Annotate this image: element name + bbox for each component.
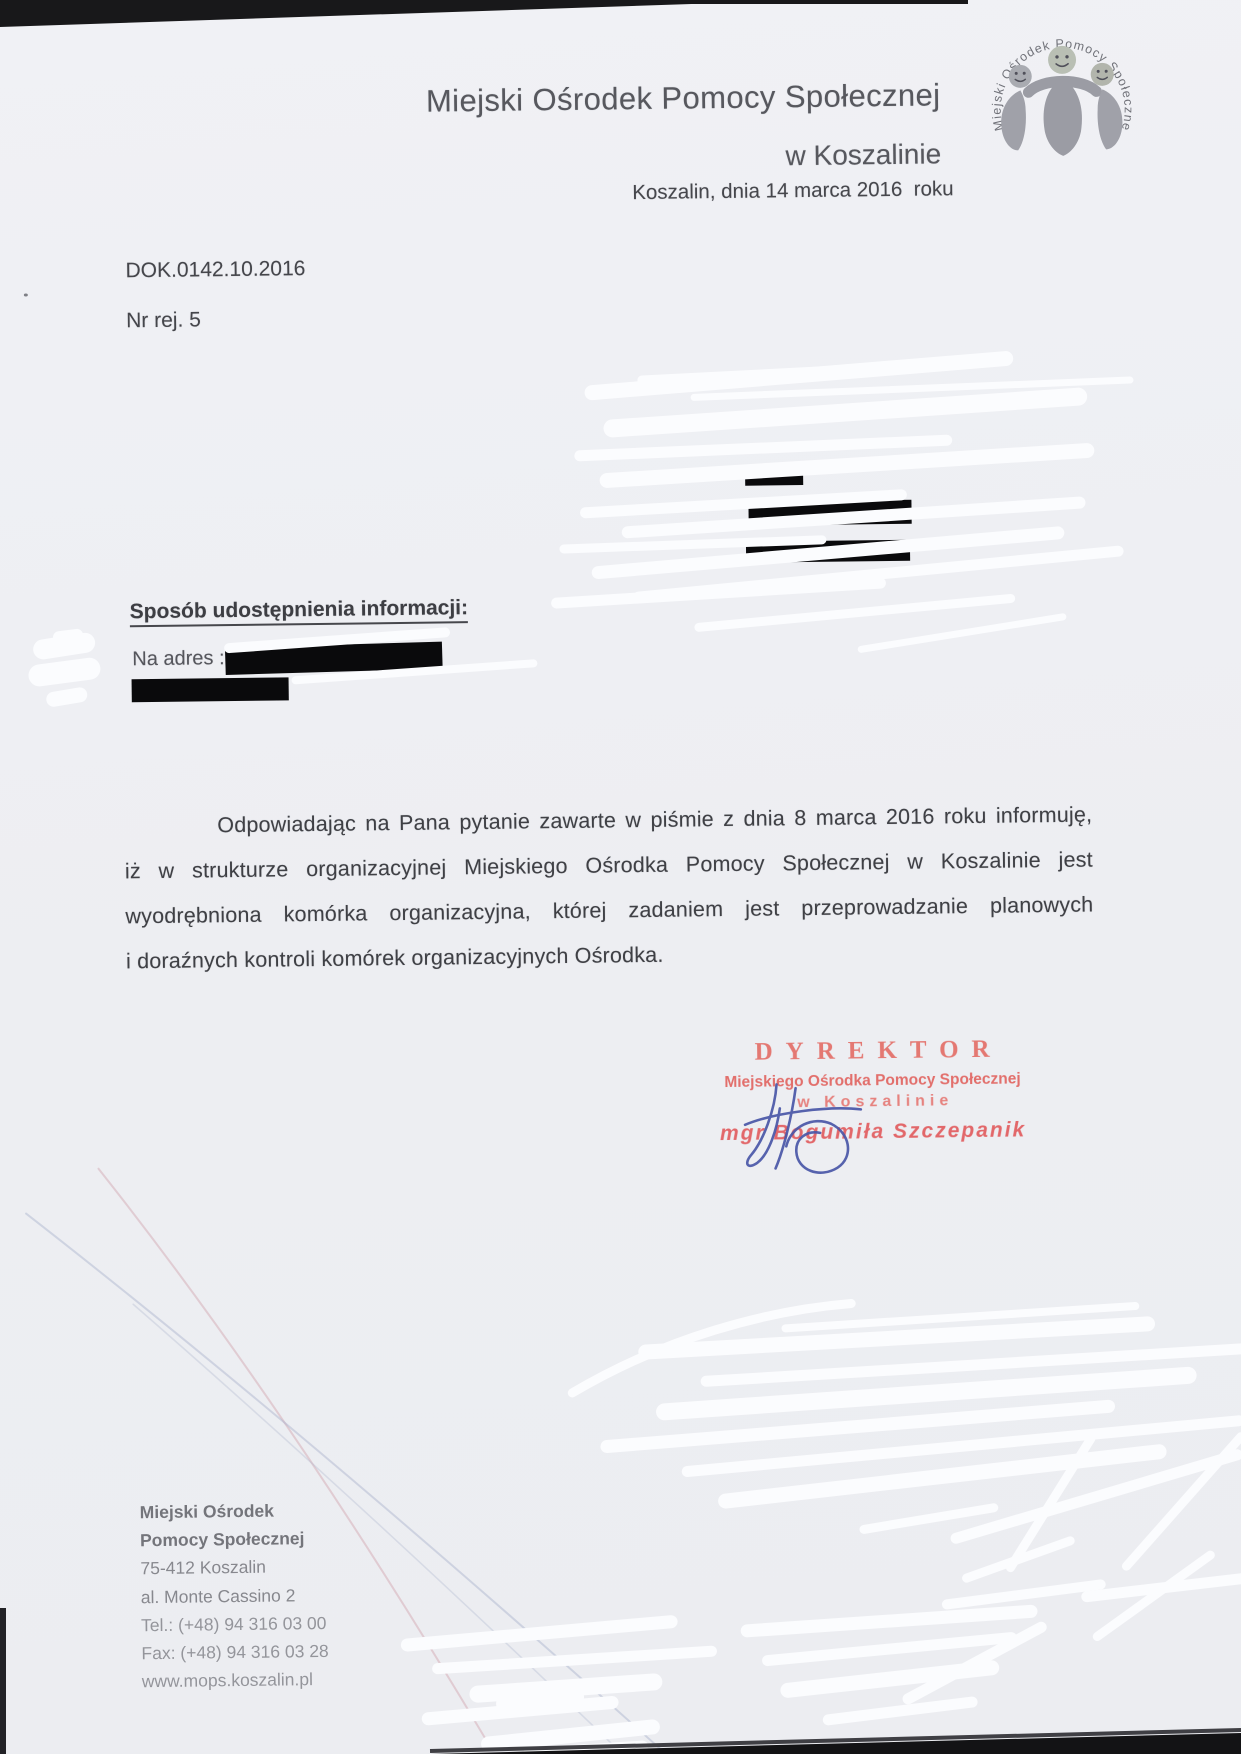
mops-logo: Miejski Ośrodek Pomocy Społecznej w Kosz… [972,0,1152,180]
footer-org-line1: Miejski Ośrodek [140,1496,328,1526]
stamp-title: DYREKTOR [647,1034,1097,1067]
redaction-bar-address-1 [225,642,443,675]
letterhead: Miejski Ośrodek Pomocy Społecznej w Kosz… [426,76,942,176]
footer-website: www.mops.koszalin.pl [142,1665,330,1695]
redaction-bar-small [745,472,803,486]
footer-fax: Fax: (+48) 94 316 03 28 [141,1637,329,1667]
org-name: Miejski Ośrodek Pomocy Społecznej [426,76,941,120]
redaction-bar-address-2 [132,677,289,702]
stamp-city-line: w Koszalinie [648,1090,1098,1113]
footer-org-line2: Pomocy Społecznej [140,1524,328,1554]
body-paragraph: Odpowiadając na Pana pytanie zawarte w p… [124,793,1094,985]
ink-speck [24,294,28,297]
org-city: w Koszalinie [426,138,941,176]
redaction-bars [129,471,914,703]
stamp-org-line: Miejskiego Ośrodka Pomocy Społecznej [647,1069,1097,1092]
footer-phone: Tel.: (+48) 94 316 03 00 [141,1609,329,1639]
redaction-bar-2 [748,500,911,526]
pen-marks [26,1162,666,1754]
paper-content: Miejski Ośrodek Pomocy Społecznej w Kosz… [0,0,1241,1754]
footer-street: al. Monte Cassino 2 [141,1581,329,1611]
reg-number: Nr rej. 5 [126,308,201,333]
stamp-signer-name: mgr Bogumiła Szczepanik [648,1117,1098,1146]
scanned-letter-page: Miejski Ośrodek Pomocy Społecznej w Kosz… [0,0,1241,1754]
section-heading: Sposób udostępnienia informacji: [130,596,469,627]
date-line: Koszalin, dnia 14 marca 2016 roku [632,177,954,205]
footer-postcode: 75-412 Koszalin [140,1552,328,1582]
address-label: Na adres : [132,647,225,671]
redaction-bar-3 [746,540,910,563]
doc-number: DOK.0142.10.2016 [125,257,305,283]
footer-address-block: Miejski Ośrodek Pomocy Społecznej 75-412… [140,1496,330,1696]
director-stamp: DYREKTOR Miejskiego Ośrodka Pomocy Społe… [647,1034,1098,1146]
